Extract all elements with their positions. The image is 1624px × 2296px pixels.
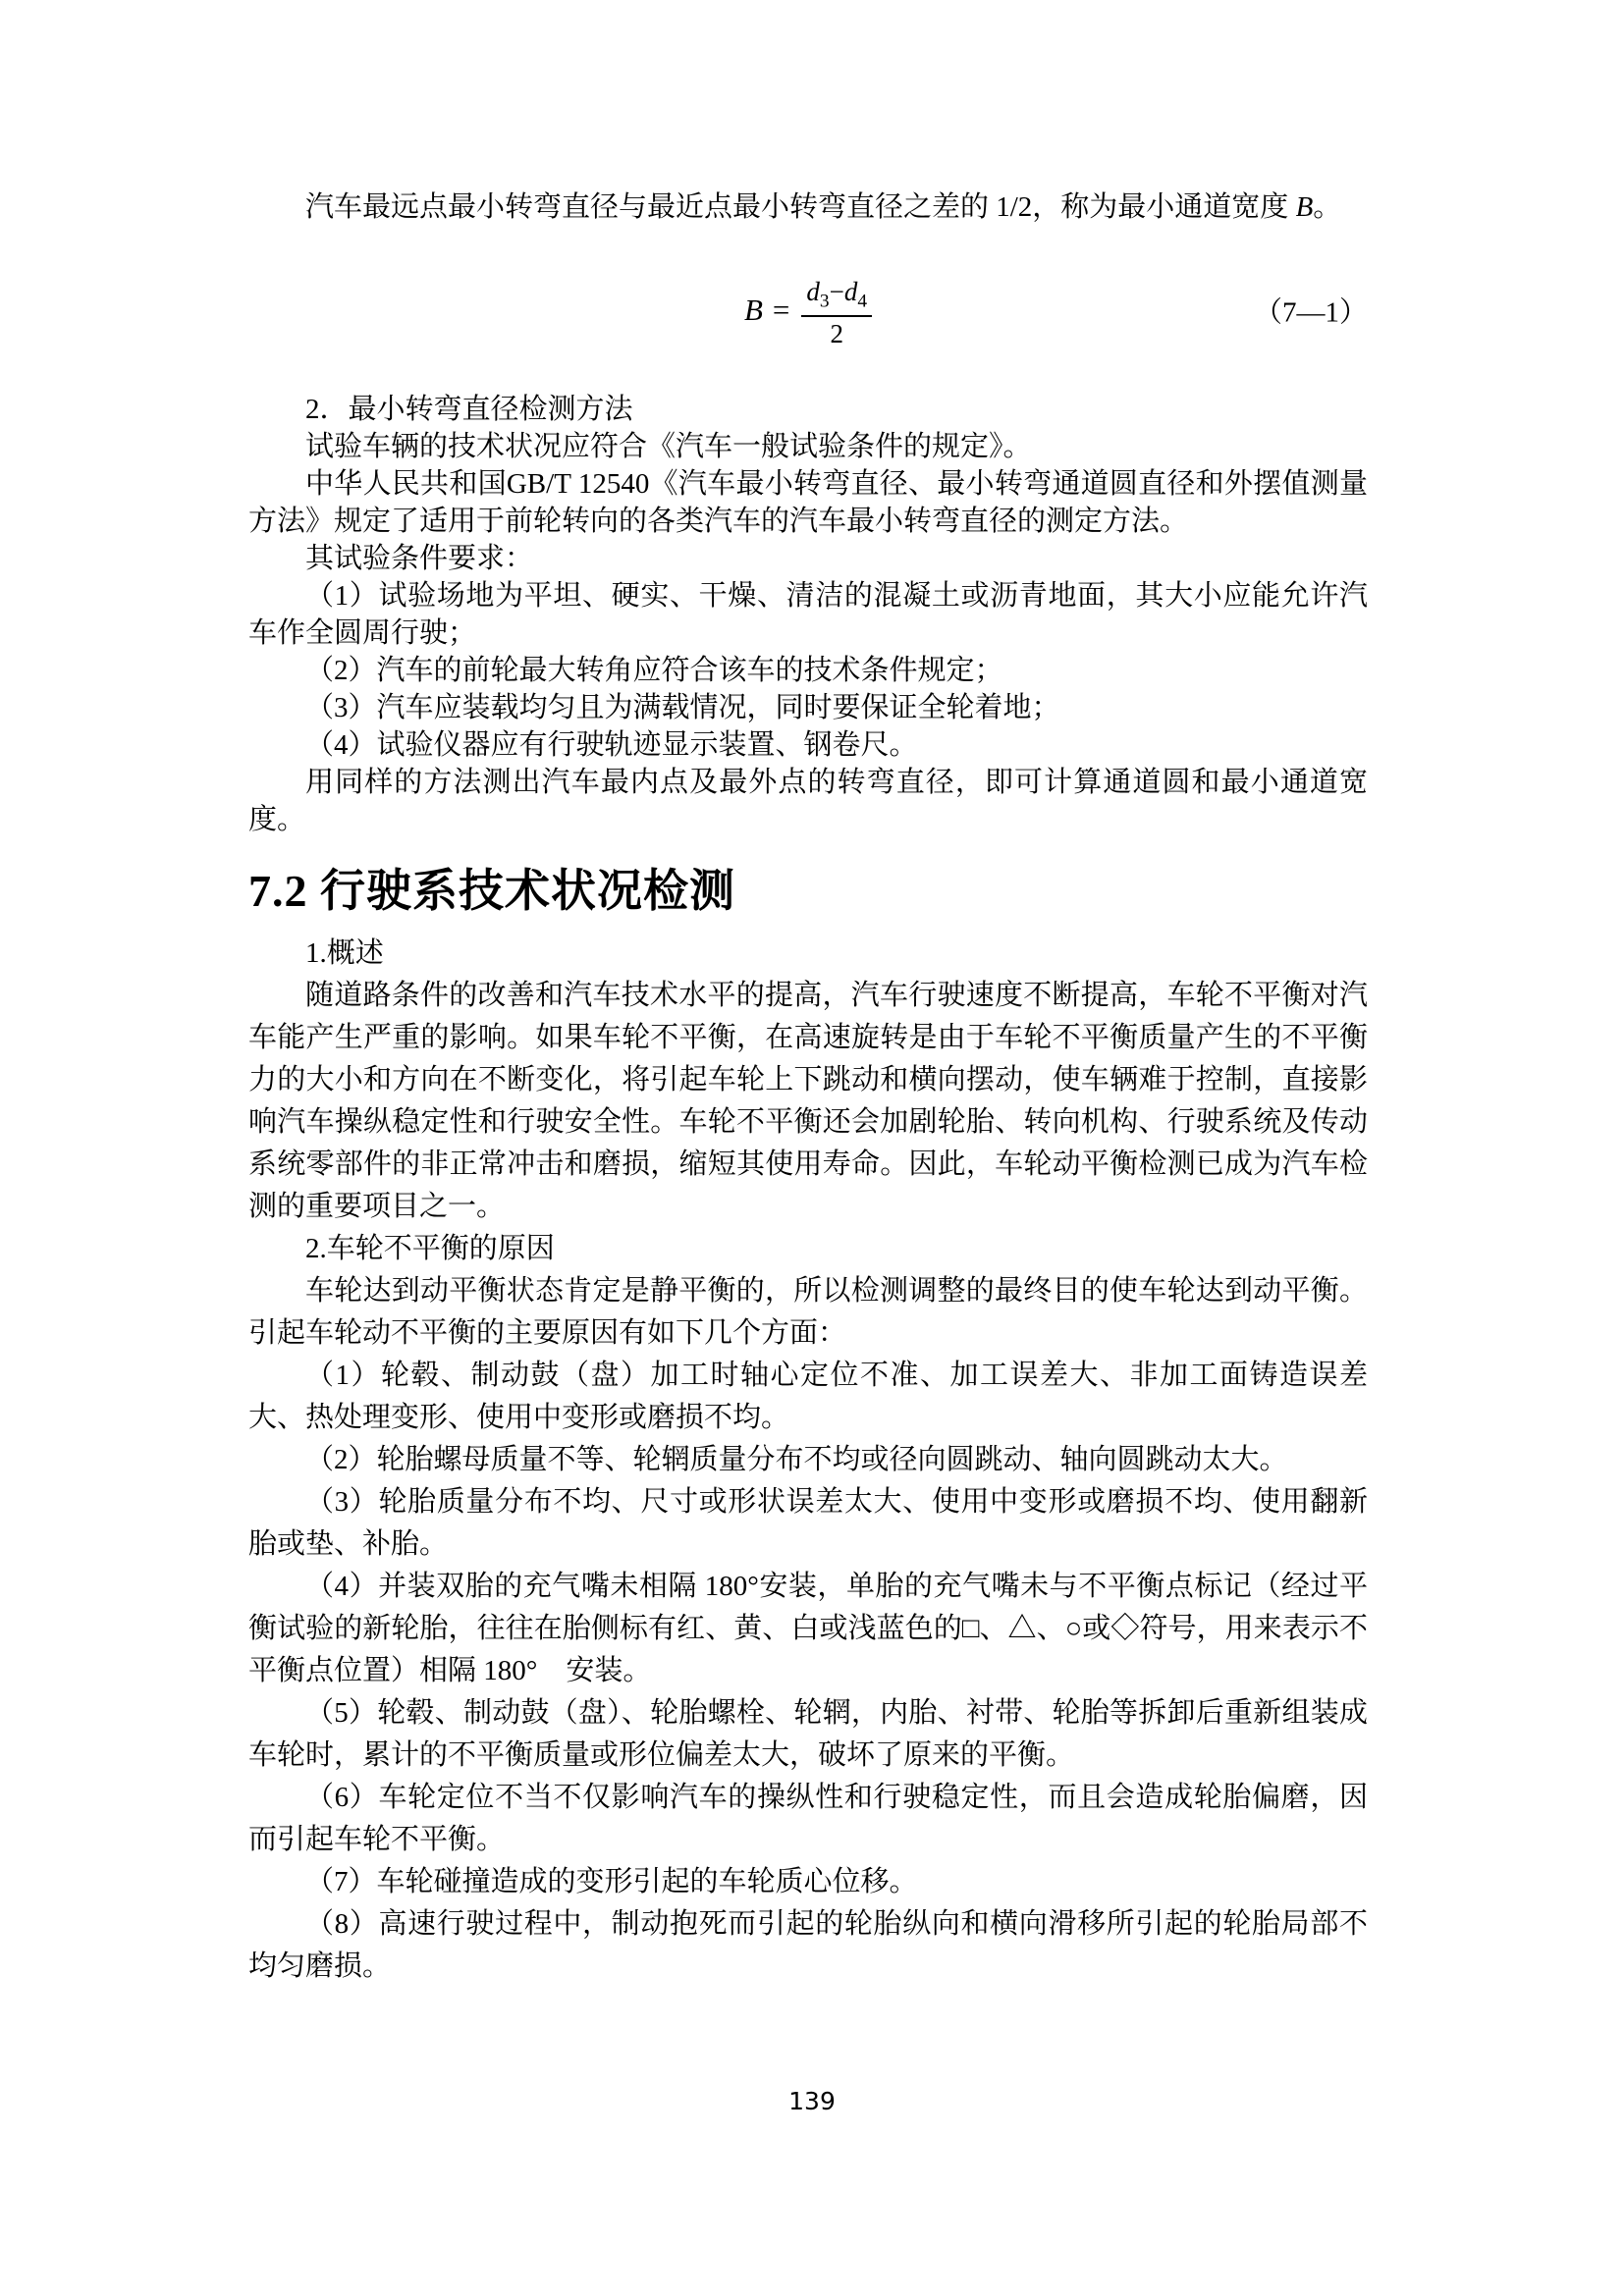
section-heading-7-2: 7.2 行驶系技术状况检测 [248,864,1368,919]
paragraph: （7）车轮碰撞造成的变形引起的车轮质心位移。 [248,1861,1368,1903]
paragraph: （1）轮毂、制动鼓（盘）加工时轴心定位不准、加工误差大、非加工面铸造误差大、热处… [248,1355,1368,1439]
fraction-denominator: 2 [801,317,872,347]
paragraph: 1.概述 [248,933,1368,975]
paragraph: 其试验条件要求： [248,540,1368,577]
intro-paragraph: 汽车最远点最小转弯直径与最近点最小转弯直径之差的 1/2，称为最小通道宽度 B。 [248,188,1368,226]
intro-end: 。 [1313,191,1341,223]
formula-fraction: d3−d42 [801,279,872,347]
variable-B: B [1296,191,1314,223]
paragraph: 2.车轮不平衡的原因 [248,1228,1368,1270]
paragraph: 用同样的方法测出汽车最内点及最外点的转弯直径，即可计算通道圆和最小通道宽度。 [248,764,1368,838]
paragraph: 车轮达到动平衡状态肯定是静平衡的，所以检测调整的最终目的使车轮达到动平衡。引起车… [248,1270,1368,1355]
fraction-numerator: d3−d4 [801,279,872,317]
page-content: 汽车最远点最小转弯直径与最近点最小转弯直径之差的 1/2，称为最小通道宽度 B。… [248,188,1368,1988]
paragraph: （4）并装双胎的充气嘴未相隔 180°安装，单胎的充气嘴未与不平衡点标记（经过平… [248,1566,1368,1692]
formula-lhs: B [744,293,763,327]
paragraph: （3）汽车应装载均匀且为满载情况，同时要保证全轮着地； [248,689,1368,726]
paragraph: （4）试验仪器应有行驶轨迹显示装置、钢卷尺。 [248,726,1368,764]
paragraph: （6）车轮定位不当不仅影响汽车的操纵性和行驶稳定性，而且会造成轮胎偏磨，因而引起… [248,1777,1368,1861]
paragraph: （2）汽车的前轮最大转角应符合该车的技术条件规定； [248,652,1368,689]
minus-sign: − [830,277,844,306]
paragraph: 2．最小转弯直径检测方法 [248,391,1368,428]
paragraph: 随道路条件的改善和汽车技术水平的提高，汽车行驶速度不断提高，车轮不平衡对汽车能产… [248,975,1368,1228]
intro-text: 汽车最远点最小转弯直径与最近点最小转弯直径之差的 1/2，称为最小通道宽度 [305,191,1296,223]
numerator-d4: d [844,277,858,306]
formula-equals: = [773,293,789,327]
paragraph: 中华人民共和国GB/T 12540《汽车最小转弯直径、最小转弯通道圆直径和外摆值… [248,465,1368,540]
numerator-d3: d [806,277,820,306]
paragraph: 试验车辆的技术状况应符合《汽车一般试验条件的规定》。 [248,428,1368,465]
paragraph: （2）轮胎螺母质量不等、轮辋质量分布不均或径向圆跳动、轴向圆跳动太大。 [248,1439,1368,1481]
page-number: 139 [0,2087,1624,2115]
section-7-2: 7.2 行驶系技术状况检测 1.概述 随道路条件的改善和汽车技术水平的提高，汽车… [248,864,1368,1988]
paragraph: （3）轮胎质量分布不均、尺寸或形状误差太大、使用中变形或磨损不均、使用翻新胎或垫… [248,1481,1368,1566]
paragraph: （8）高速行驶过程中，制动抱死而引起的轮胎纵向和横向滑移所引起的轮胎局部不均匀磨… [248,1903,1368,1988]
paragraph: （5）轮毂、制动鼓（盘）、轮胎螺栓、轮辋，内胎、衬带、轮胎等拆卸后重新组装成车轮… [248,1692,1368,1777]
equation-number: （7—1） [1254,298,1368,327]
equation-7-1: B=d3−d42 （7—1） [248,279,1368,347]
section-7-1: 汽车最远点最小转弯直径与最近点最小转弯直径之差的 1/2，称为最小通道宽度 B。… [248,188,1368,838]
document-page: 汽车最远点最小转弯直径与最近点最小转弯直径之差的 1/2，称为最小通道宽度 B。… [0,0,1624,2296]
numerator-sub3: 3 [820,291,830,311]
formula: B=d3−d42 [744,279,872,347]
paragraph: （1）试验场地为平坦、硬实、干燥、清洁的混凝土或沥青地面，其大小应能允许汽车作全… [248,577,1368,652]
numerator-sub4: 4 [857,291,867,311]
